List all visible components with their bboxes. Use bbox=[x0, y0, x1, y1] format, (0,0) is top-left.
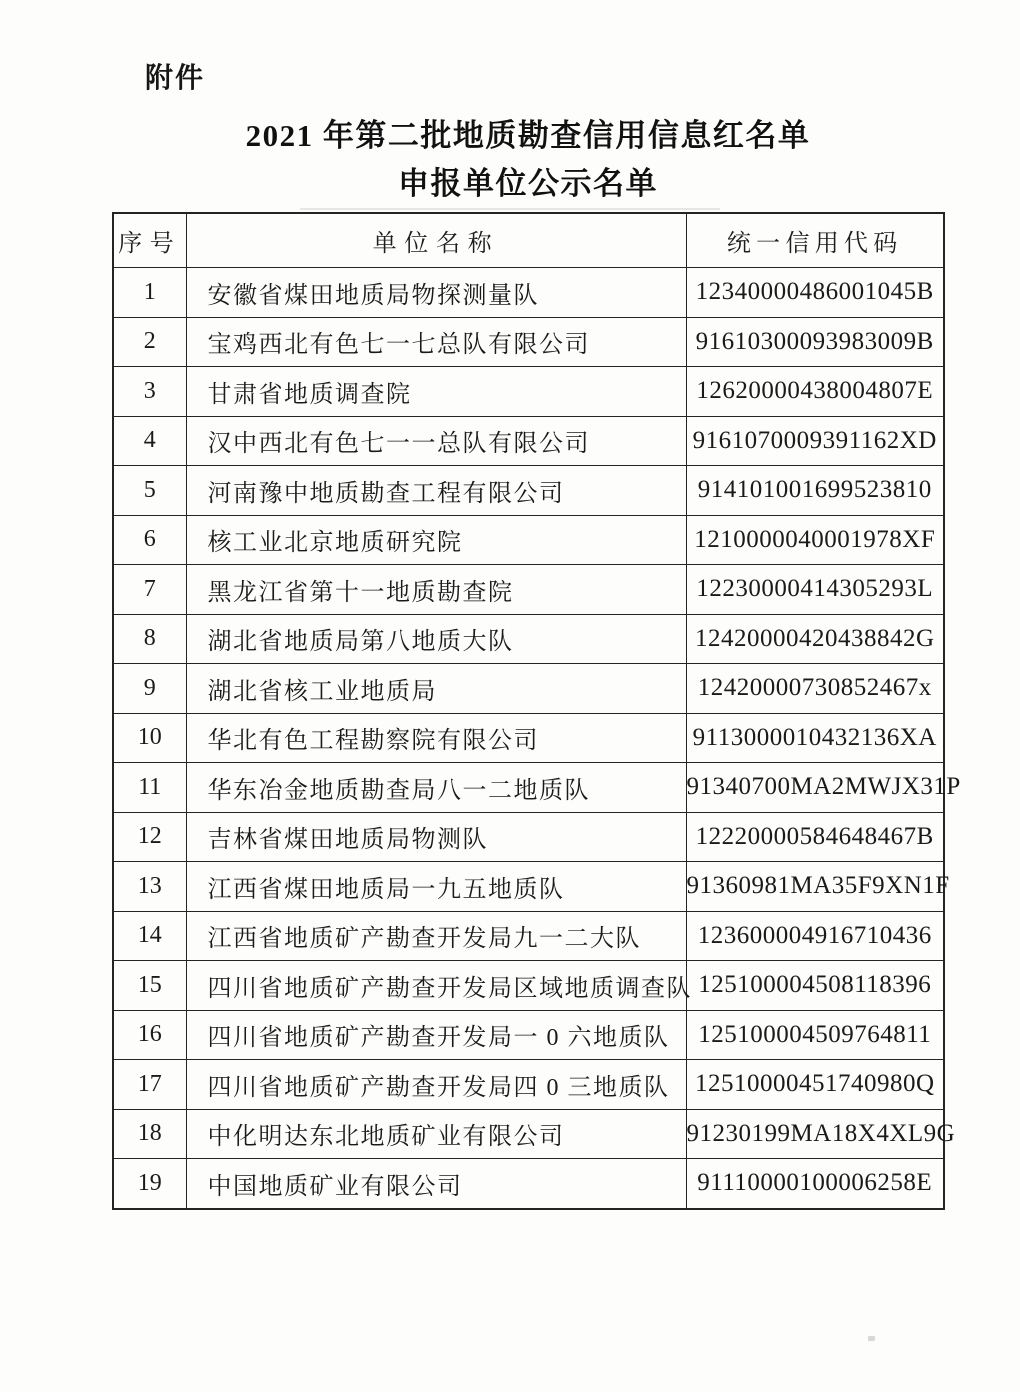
row-number-cell: 9 bbox=[113, 664, 186, 714]
credit-code-cell: 125100004509764811 bbox=[686, 1010, 944, 1060]
credit-code-cell: 125100004508118396 bbox=[686, 961, 944, 1011]
scan-smudge bbox=[300, 208, 720, 210]
table-row: 17四川省地质矿产勘查开发局四 0 三地质队12510000451740980Q bbox=[113, 1060, 944, 1110]
row-number-cell: 13 bbox=[113, 862, 186, 912]
credit-code-cell: 91610300093983009B bbox=[686, 317, 944, 367]
row-number-cell: 16 bbox=[113, 1010, 186, 1060]
unit-name-cell: 四川省地质矿产勘查开发局一 0 六地质队 bbox=[186, 1010, 686, 1060]
unit-name-cell: 甘肃省地质调查院 bbox=[186, 367, 686, 417]
unit-name-cell: 吉林省煤田地质局物测队 bbox=[186, 812, 686, 862]
unit-name-cell: 河南豫中地质勘查工程有限公司 bbox=[186, 466, 686, 516]
scan-artifact-dot bbox=[868, 1336, 875, 1341]
row-number-cell: 5 bbox=[113, 466, 186, 516]
unit-name-cell: 核工业北京地质研究院 bbox=[186, 515, 686, 565]
row-number-cell: 11 bbox=[113, 763, 186, 813]
table-row: 7黑龙江省第十一地质勘查院12230000414305293L bbox=[113, 565, 944, 615]
credit-code-cell: 12220000584648467B bbox=[686, 812, 944, 862]
row-number-cell: 3 bbox=[113, 367, 186, 417]
attachment-label: 附件 bbox=[145, 56, 205, 96]
document-title: 2021 年第二批地质勘查信用信息红名单 申报单位公示名单 bbox=[113, 112, 943, 208]
unit-name-cell: 湖北省地质局第八地质大队 bbox=[186, 614, 686, 664]
table-row: 15四川省地质矿产勘查开发局区域地质调查队125100004508118396 bbox=[113, 961, 944, 1011]
table-row: 14江西省地质矿产勘查开发局九一二大队123600004916710436 bbox=[113, 911, 944, 961]
credit-code-cell: 12340000486001045B bbox=[686, 268, 944, 318]
credit-code-cell: 12420000420438842G bbox=[686, 614, 944, 664]
unit-name-cell: 江西省煤田地质局一九五地质队 bbox=[186, 862, 686, 912]
unit-name-cell: 汉中西北有色七一一总队有限公司 bbox=[186, 416, 686, 466]
row-number-cell: 19 bbox=[113, 1159, 186, 1209]
row-number-cell: 15 bbox=[113, 961, 186, 1011]
unit-name-cell: 黑龙江省第十一地质勘查院 bbox=[186, 565, 686, 615]
unit-name-cell: 安徽省煤田地质局物探测量队 bbox=[186, 268, 686, 318]
credit-code-cell: 12620000438004807E bbox=[686, 367, 944, 417]
credit-code-cell: 9161070009391162XD bbox=[686, 416, 944, 466]
table-header-row: 序号 单位名称 统一信用代码 bbox=[113, 213, 944, 268]
credit-code-cell: 91230199MA18X4XL9G bbox=[686, 1109, 944, 1159]
row-number-cell: 12 bbox=[113, 812, 186, 862]
unit-name-cell: 中国地质矿业有限公司 bbox=[186, 1159, 686, 1209]
unit-name-cell: 中化明达东北地质矿业有限公司 bbox=[186, 1109, 686, 1159]
title-line-2: 申报单位公示名单 bbox=[113, 160, 943, 208]
header-credit-code: 统一信用代码 bbox=[686, 213, 944, 268]
table-row: 18中化明达东北地质矿业有限公司91230199MA18X4XL9G bbox=[113, 1109, 944, 1159]
row-number-cell: 8 bbox=[113, 614, 186, 664]
table-row: 13江西省煤田地质局一九五地质队91360981MA35F9XN1F bbox=[113, 862, 944, 912]
row-number-cell: 2 bbox=[113, 317, 186, 367]
row-number-cell: 1 bbox=[113, 268, 186, 318]
credit-code-cell: 9113000010432136XA bbox=[686, 713, 944, 763]
table-row: 6核工业北京地质研究院1210000040001978XF bbox=[113, 515, 944, 565]
credit-code-cell: 91340700MA2MWJX31P bbox=[686, 763, 944, 813]
credit-code-cell: 1210000040001978XF bbox=[686, 515, 944, 565]
credit-code-cell: 91110000100006258E bbox=[686, 1159, 944, 1209]
credit-code-cell: 12510000451740980Q bbox=[686, 1060, 944, 1110]
unit-name-cell: 四川省地质矿产勘查开发局四 0 三地质队 bbox=[186, 1060, 686, 1110]
table-body: 1安徽省煤田地质局物探测量队12340000486001045B2宝鸡西北有色七… bbox=[113, 268, 944, 1209]
credit-code-cell: 91360981MA35F9XN1F bbox=[686, 862, 944, 912]
credit-code-cell: 914101001699523810 bbox=[686, 466, 944, 516]
credit-code-cell: 123600004916710436 bbox=[686, 911, 944, 961]
units-table: 序号 单位名称 统一信用代码 1安徽省煤田地质局物探测量队12340000486… bbox=[112, 212, 945, 1210]
table-row: 1安徽省煤田地质局物探测量队12340000486001045B bbox=[113, 268, 944, 318]
unit-name-cell: 宝鸡西北有色七一七总队有限公司 bbox=[186, 317, 686, 367]
table-row: 9湖北省核工业地质局12420000730852467x bbox=[113, 664, 944, 714]
unit-name-cell: 湖北省核工业地质局 bbox=[186, 664, 686, 714]
row-number-cell: 14 bbox=[113, 911, 186, 961]
table-row: 19中国地质矿业有限公司91110000100006258E bbox=[113, 1159, 944, 1209]
table-row: 11华东冶金地质勘查局八一二地质队91340700MA2MWJX31P bbox=[113, 763, 944, 813]
header-row-number: 序号 bbox=[113, 213, 186, 268]
document-page: 附件 2021 年第二批地质勘查信用信息红名单 申报单位公示名单 序号 单位名称… bbox=[0, 0, 1020, 1392]
table-row: 10华北有色工程勘察院有限公司9113000010432136XA bbox=[113, 713, 944, 763]
table-row: 12吉林省煤田地质局物测队12220000584648467B bbox=[113, 812, 944, 862]
credit-code-cell: 12230000414305293L bbox=[686, 565, 944, 615]
unit-name-cell: 华东冶金地质勘查局八一二地质队 bbox=[186, 763, 686, 813]
unit-name-cell: 四川省地质矿产勘查开发局区域地质调查队 bbox=[186, 961, 686, 1011]
table-row: 5河南豫中地质勘查工程有限公司914101001699523810 bbox=[113, 466, 944, 516]
unit-name-cell: 江西省地质矿产勘查开发局九一二大队 bbox=[186, 911, 686, 961]
row-number-cell: 6 bbox=[113, 515, 186, 565]
title-line-1: 2021 年第二批地质勘查信用信息红名单 bbox=[113, 112, 943, 160]
table-row: 4汉中西北有色七一一总队有限公司9161070009391162XD bbox=[113, 416, 944, 466]
row-number-cell: 17 bbox=[113, 1060, 186, 1110]
row-number-cell: 18 bbox=[113, 1109, 186, 1159]
table-row: 2宝鸡西北有色七一七总队有限公司91610300093983009B bbox=[113, 317, 944, 367]
credit-code-cell: 12420000730852467x bbox=[686, 664, 944, 714]
table-row: 16四川省地质矿产勘查开发局一 0 六地质队125100004509764811 bbox=[113, 1010, 944, 1060]
row-number-cell: 4 bbox=[113, 416, 186, 466]
table-row: 3甘肃省地质调查院12620000438004807E bbox=[113, 367, 944, 417]
table-row: 8湖北省地质局第八地质大队12420000420438842G bbox=[113, 614, 944, 664]
row-number-cell: 7 bbox=[113, 565, 186, 615]
unit-name-cell: 华北有色工程勘察院有限公司 bbox=[186, 713, 686, 763]
header-unit-name: 单位名称 bbox=[186, 213, 686, 268]
row-number-cell: 10 bbox=[113, 713, 186, 763]
